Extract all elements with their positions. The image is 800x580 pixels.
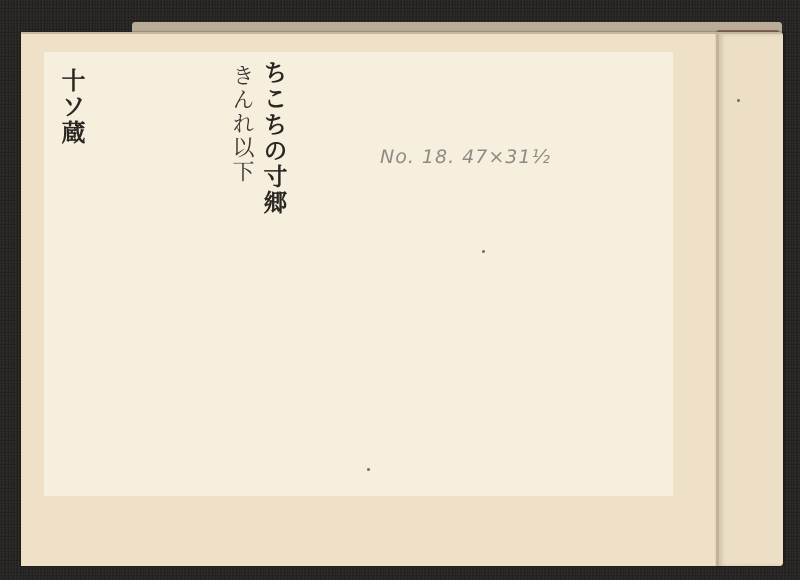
mounted-sheet	[44, 52, 673, 496]
calligraphy-left-column: 十ソ蔵	[54, 68, 89, 146]
calligraphy-right-column-main: ちこちの寸郷	[256, 60, 291, 216]
paper-speck	[482, 250, 485, 253]
pencil-catalog-note: No. 18. 47×31½	[380, 146, 551, 168]
calligraphy-right-column-secondary: きんれ以下	[226, 64, 257, 184]
paper-speck	[737, 99, 740, 102]
fold-strip	[716, 32, 783, 566]
paper-speck	[367, 468, 370, 471]
